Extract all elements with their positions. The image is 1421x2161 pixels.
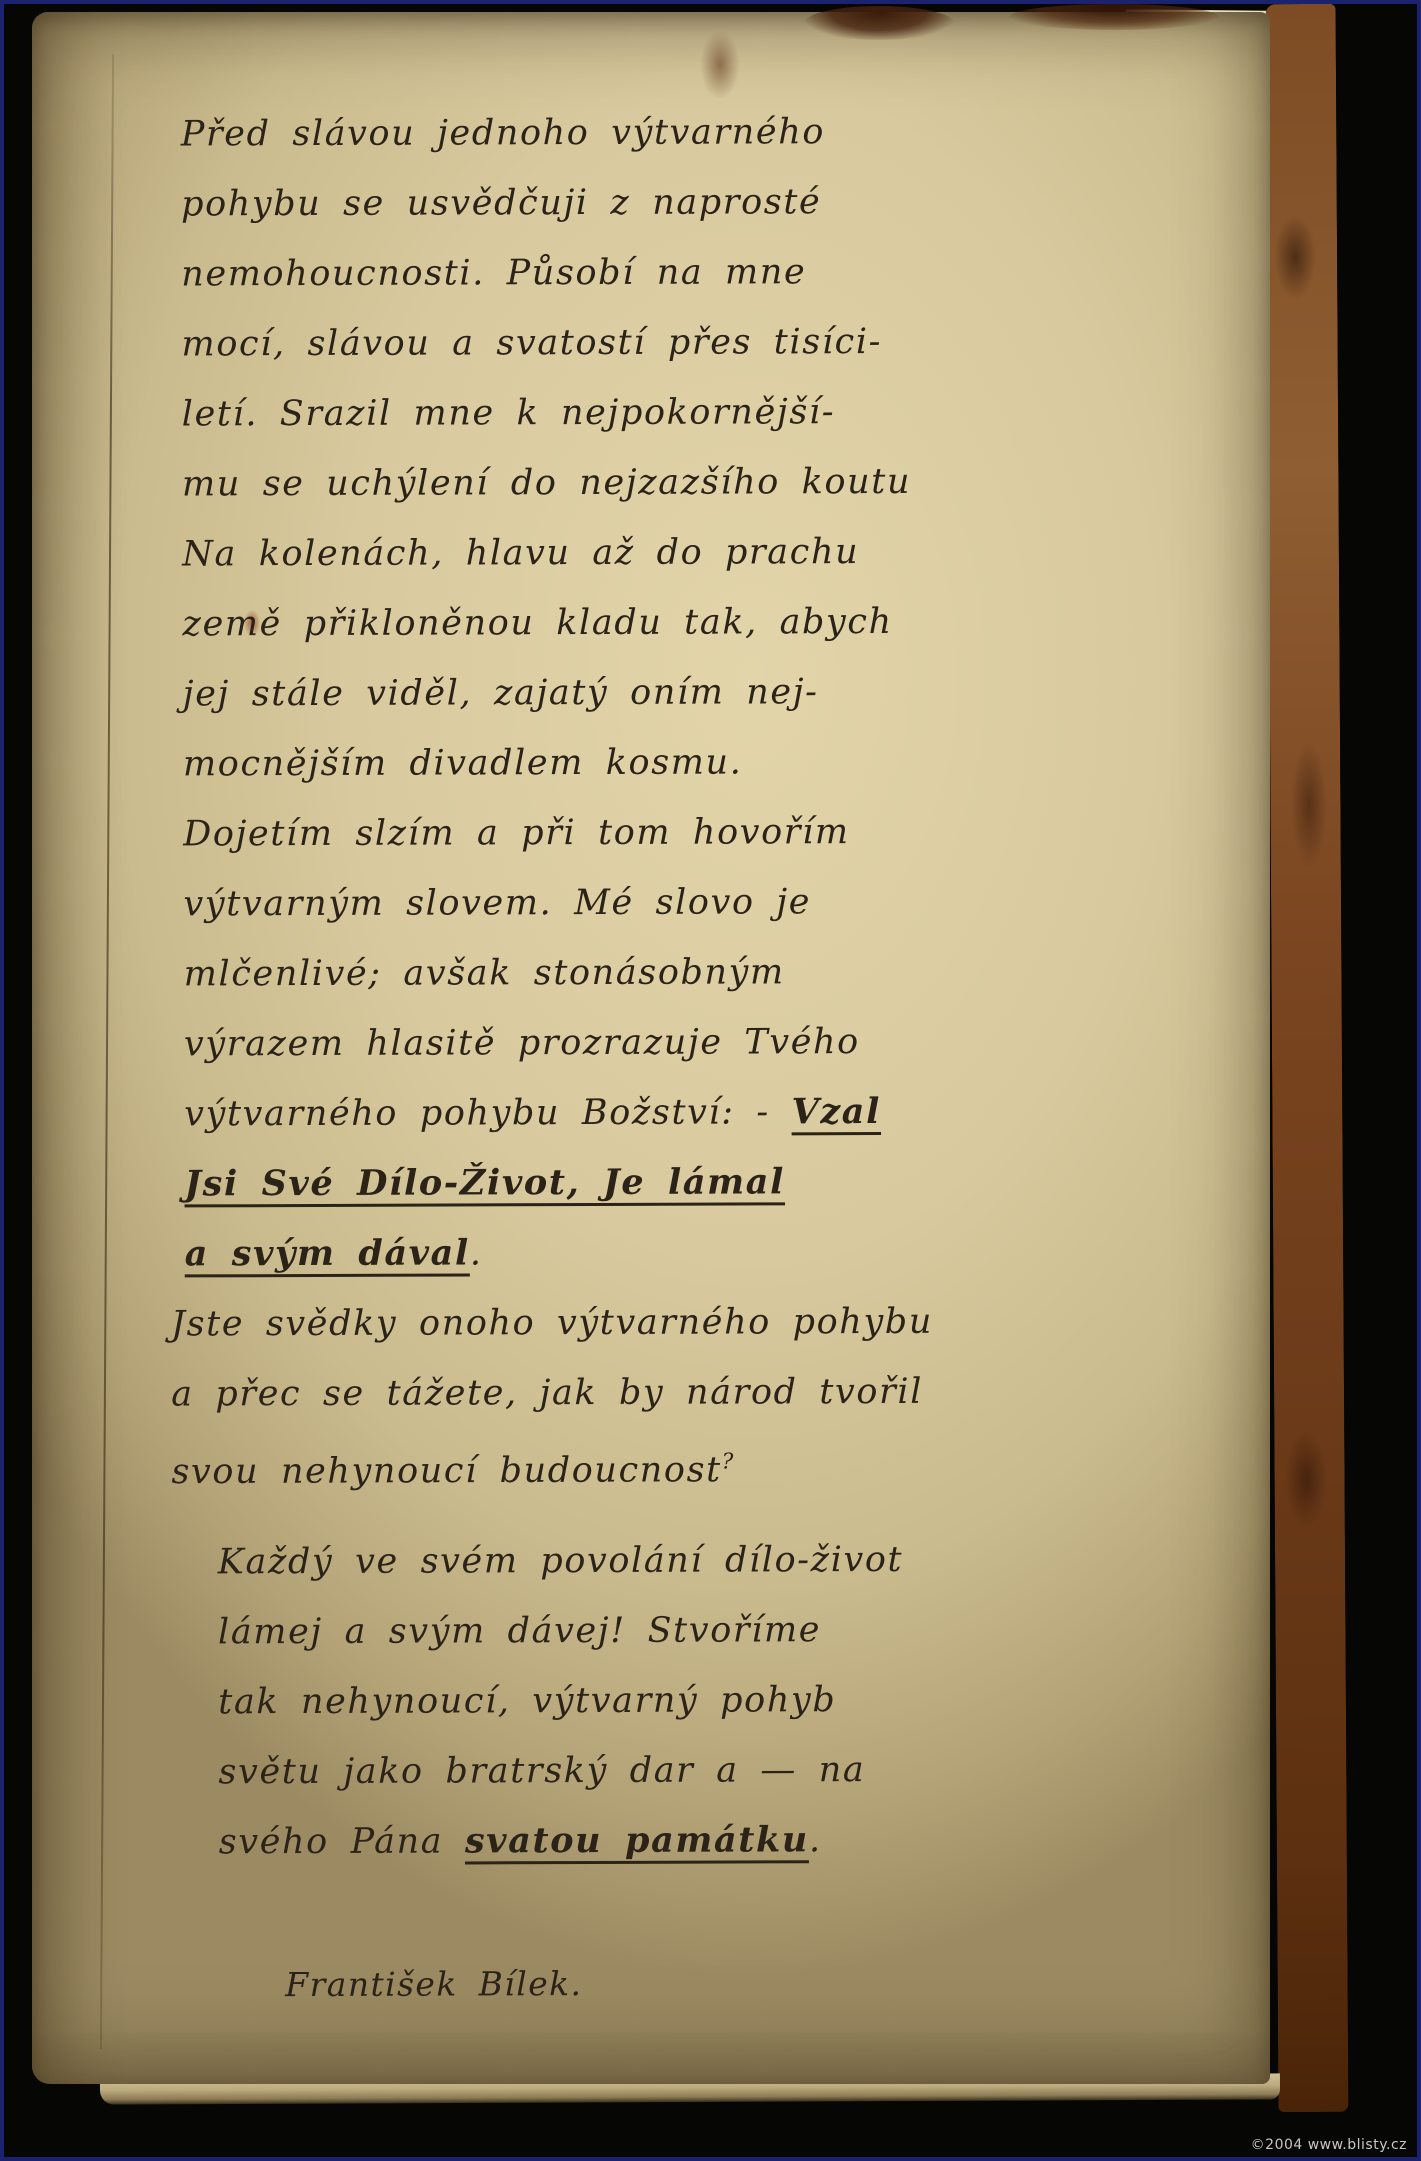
paragraph: Před slávou jednoho výtvarnéhopohybu se … [181, 97, 1021, 1290]
text-segment: Před slávou jednoho výtvarného [181, 112, 825, 154]
manuscript-line: svou nehynoucí budoucnost? [171, 1427, 1021, 1500]
manuscript-line: mocnějším divadlem kosmu. [183, 727, 1019, 800]
text-segment: mlčenlivé; avšak stonásobným [184, 952, 785, 994]
text-segment: světu jako bratrský dar a — na [218, 1750, 865, 1792]
text-segment: mu se uchýlení do nejzazšího koutu [182, 462, 911, 505]
text-segment: země přikloněnou kladu tak, abych [182, 602, 892, 644]
text-segment: Každý ve svém povolání dílo-život [218, 1540, 904, 1582]
paper-stain [700, 30, 740, 100]
text-segment: Jste svědky onoho výtvarného pohybu [171, 1302, 933, 1345]
text-segment: Na kolenách, hlavu až do prachu [182, 532, 859, 574]
text-segment: jej stále viděl, zajatý oním nej- [183, 672, 819, 714]
manuscript-line: svého Pána svatou památku. [219, 1805, 1023, 1878]
manuscript-page: Před slávou jednoho výtvarnéhopohybu se … [32, 12, 1270, 2084]
manuscript-line: pohybu se usvědčuji z naprosté [181, 167, 1017, 240]
paragraph: Jste svědky onoho výtvarného pohybua pře… [171, 1287, 1022, 1500]
manuscript-line: světu jako bratrský dar a — na [218, 1735, 1022, 1808]
text-segment: svou nehynoucí budoucnost [171, 1450, 721, 1492]
text-segment: lámej a svým dávej! Stvoříme [218, 1610, 821, 1652]
text-segment: mocí, slávou a svatostí přes tisíci- [181, 322, 882, 364]
text-segment: pohybu se usvědčuji z naprosté [181, 182, 821, 224]
manuscript-line: a svým dával. [185, 1217, 1021, 1290]
text-segment: . [470, 1233, 483, 1273]
manuscript-line: výrazem hlasitě prozrazuje Tvého [184, 1007, 1020, 1080]
manuscript-line: země přikloněnou kladu tak, abych [182, 587, 1018, 660]
text-segment: výtvarným slovem. Mé slovo je [183, 882, 811, 924]
watermark: ©2004 www.blisty.cz [1251, 2137, 1407, 2153]
text-segment: letí. Srazil mne k nejpokornější- [182, 392, 835, 434]
author-signature: František Bílek. [285, 1953, 1023, 2016]
manuscript: Před slávou jednoho výtvarnéhopohybu se … [167, 97, 1024, 2016]
manuscript-line: Před slávou jednoho výtvarného [181, 97, 1017, 170]
underlined-text: Vzal [791, 1091, 881, 1132]
text-segment: mocnějším divadlem kosmu. [183, 742, 743, 784]
text-segment: výrazem hlasitě prozrazuje Tvého [184, 1022, 860, 1064]
top-edge-damage [1009, 4, 1219, 30]
underlined-text: a svým dával [185, 1232, 470, 1274]
paragraph: Každý ve svém povolání dílo-životlámej a… [218, 1525, 1023, 1878]
manuscript-line: letí. Srazil mne k nejpokornější- [182, 377, 1018, 450]
manuscript-line: Jste svědky onoho výtvarného pohybu [171, 1287, 1021, 1360]
underlined-text: Jsi Své Dílo-Život, Je lámal [184, 1161, 785, 1204]
underlined-text: svatou památku [465, 1819, 809, 1861]
book-fore-edge [1266, 4, 1349, 2112]
photo-frame: Před slávou jednoho výtvarnéhopohybu se … [0, 0, 1421, 2161]
text-segment: ? [722, 1450, 735, 1475]
manuscript-line: nemohoucnosti. Působí na mne [181, 237, 1017, 310]
text-segment: . [809, 1820, 822, 1860]
top-edge-damage [804, 6, 954, 40]
text-segment: svého Pána [219, 1821, 465, 1862]
manuscript-line: jej stále viděl, zajatý oním nej- [183, 657, 1019, 730]
text-segment: a přec se tážete, jak by národ tvořil [171, 1372, 923, 1415]
manuscript-line: mocí, slávou a svatostí přes tisíci- [181, 307, 1017, 380]
manuscript-line: mlčenlivé; avšak stonásobným [184, 937, 1020, 1010]
text-segment: výtvarného pohybu Božství: - [184, 1092, 791, 1134]
manuscript-line: Každý ve svém povolání dílo-život [218, 1525, 1022, 1598]
text-segment: tak nehynoucí, výtvarný pohyb [218, 1680, 836, 1722]
manuscript-line: Na kolenách, hlavu až do prachu [182, 517, 1018, 590]
manuscript-line: lámej a svým dávej! Stvoříme [218, 1595, 1022, 1668]
manuscript-line: mu se uchýlení do nejzazšího koutu [182, 447, 1018, 520]
text-segment: nemohoucnosti. Působí na mne [181, 252, 806, 294]
page-crease [100, 54, 114, 2049]
text-segment: Dojetím slzím a při tom hovořím [183, 812, 850, 854]
manuscript-line: výtvarným slovem. Mé slovo je [183, 867, 1019, 940]
manuscript-line: tak nehynoucí, výtvarný pohyb [218, 1665, 1022, 1738]
manuscript-line: Jsi Své Dílo-Život, Je lámal [184, 1147, 1020, 1220]
manuscript-line: a přec se tážete, jak by národ tvořil [171, 1357, 1021, 1430]
manuscript-line: Dojetím slzím a při tom hovořím [183, 797, 1019, 870]
manuscript-line: výtvarného pohybu Božství: - Vzal [184, 1077, 1020, 1150]
